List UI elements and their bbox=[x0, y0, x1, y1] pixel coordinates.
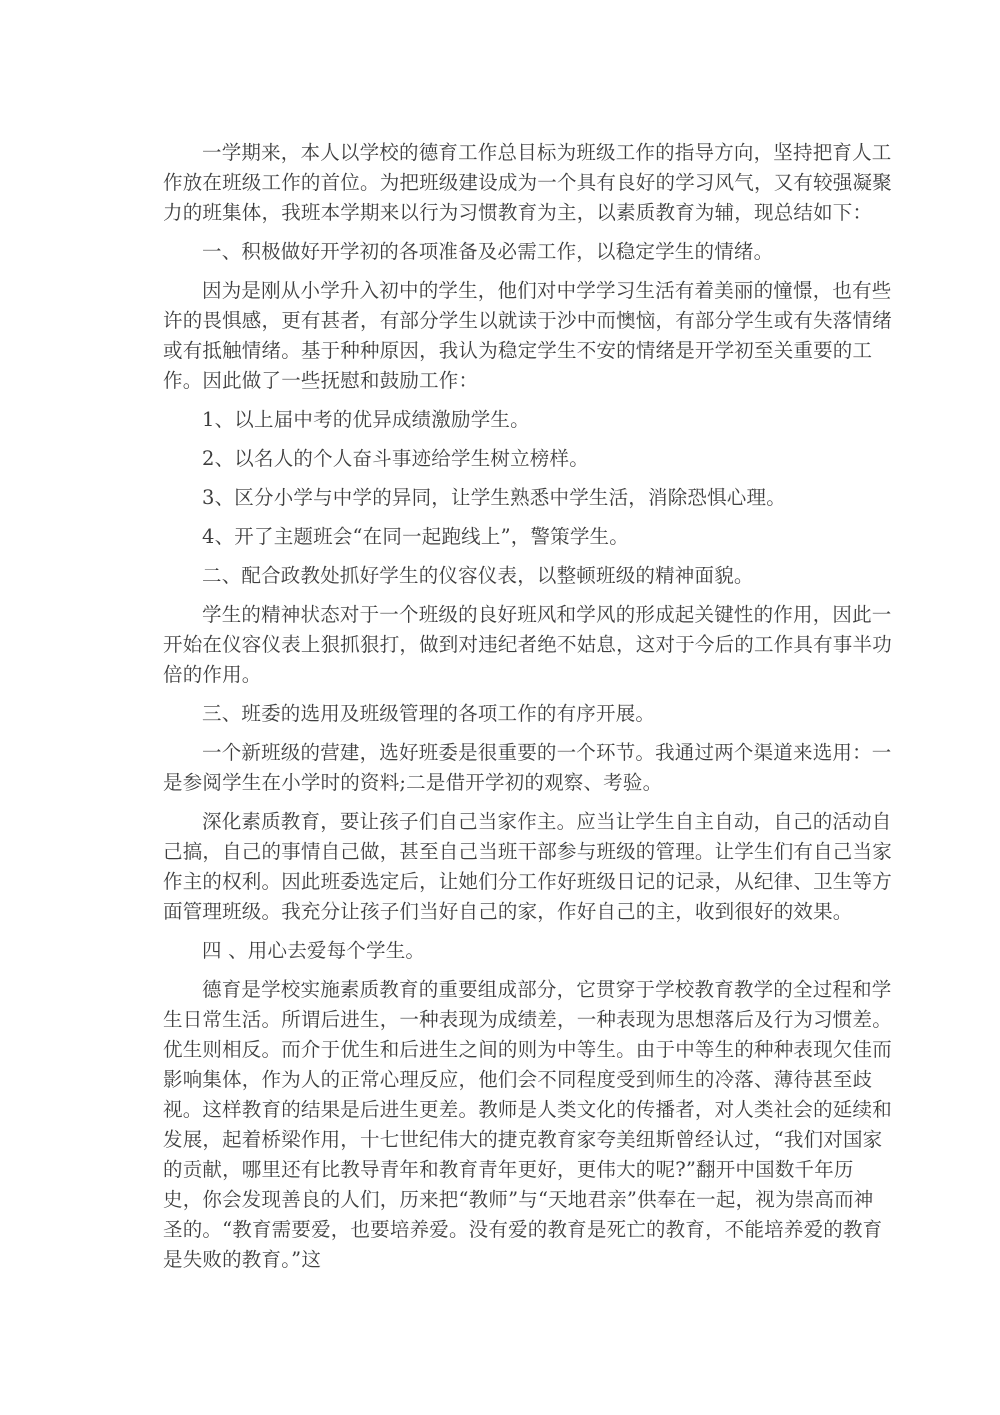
document-page: 一学期来，本人以学校的德育工作总目标为班级工作的指导方向，坚持把育人工作放在班级… bbox=[0, 0, 1000, 1415]
paragraph-list-item: 1、以上届中考的优异成绩激励学生。 bbox=[163, 405, 893, 435]
paragraph-list-item: 2、以名人的个人奋斗事迹给学生树立榜样。 bbox=[163, 444, 893, 474]
paragraph: 因为是刚从小学升入初中的学生，他们对中学学习生活有着美丽的憧憬，也有些许的畏惧感… bbox=[163, 276, 893, 396]
paragraph: 深化素质教育，要让孩子们自己当家作主。应当让学生自主自动，自己的活动自己搞，自己… bbox=[163, 807, 893, 927]
paragraph: 一学期来，本人以学校的德育工作总目标为班级工作的指导方向，坚持把育人工作放在班级… bbox=[163, 138, 893, 228]
paragraph-heading: 三、班委的选用及班级管理的各项工作的有序开展。 bbox=[163, 699, 893, 729]
paragraph-heading: 一、积极做好开学初的各项准备及必需工作，以稳定学生的情绪。 bbox=[163, 237, 893, 267]
paragraph: 一个新班级的营建，选好班委是很重要的一个环节。我通过两个渠道来选用：一是参阅学生… bbox=[163, 738, 893, 798]
paragraph: 德育是学校实施素质教育的重要组成部分，它贯穿于学校教育教学的全过程和学生日常生活… bbox=[163, 975, 893, 1275]
paragraph: 学生的精神状态对于一个班级的良好班风和学风的形成起关键性的作用，因此一开始在仪容… bbox=[163, 600, 893, 690]
paragraph-heading: 四 、用心去爱每个学生。 bbox=[163, 936, 893, 966]
paragraph-heading: 二、配合政教处抓好学生的仪容仪表，以整顿班级的精神面貌。 bbox=[163, 561, 893, 591]
document-body: 一学期来，本人以学校的德育工作总目标为班级工作的指导方向，坚持把育人工作放在班级… bbox=[163, 138, 893, 1284]
paragraph-list-item: 3、区分小学与中学的异同，让学生熟悉中学生活，消除恐惧心理。 bbox=[163, 483, 893, 513]
paragraph-list-item: 4、开了主题班会“在同一起跑线上”，警策学生。 bbox=[163, 522, 893, 552]
